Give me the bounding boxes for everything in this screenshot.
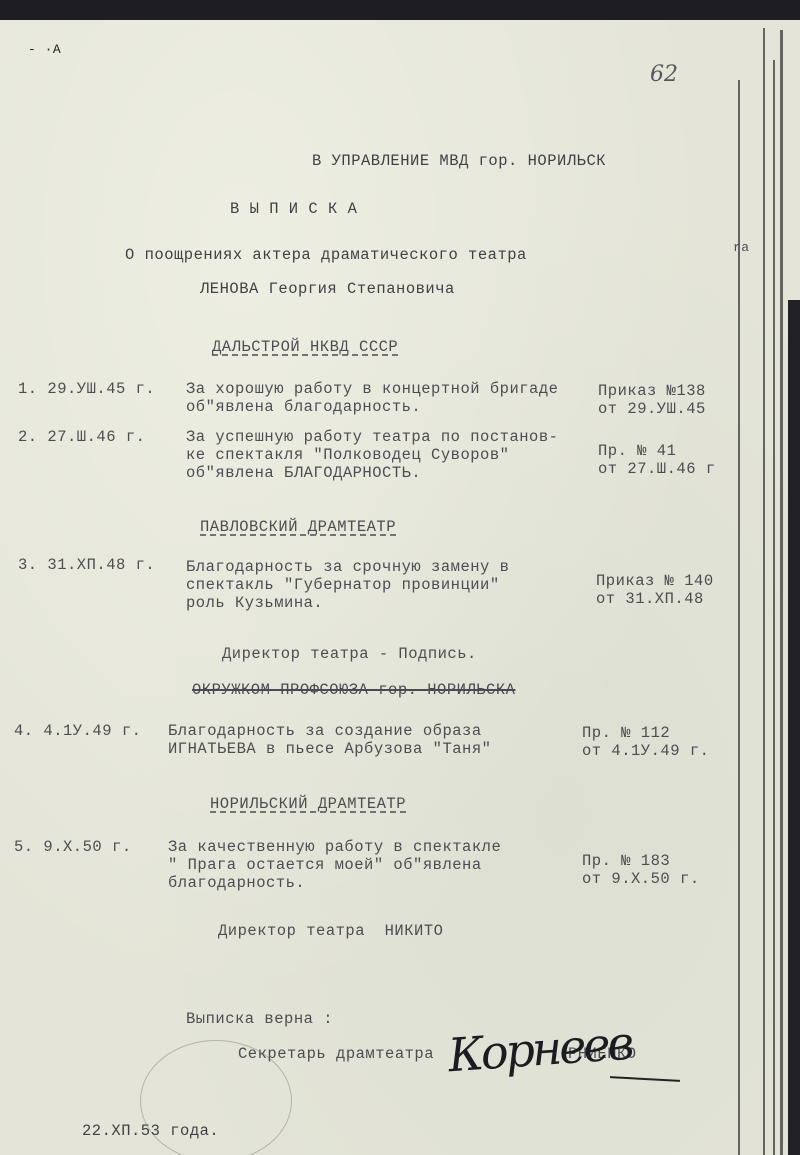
scan-border: [788, 300, 800, 1155]
entry-text-line: благодарность.: [168, 874, 305, 892]
entry-text-line: За успешную работу театра по постанов-: [186, 428, 558, 446]
entry-date: 1. 29.УШ.45 г.: [18, 380, 155, 398]
entry-text-line: За хорошую работу в концертной бригаде: [186, 380, 558, 398]
section-heading: ДАЛЬСТРОЙ НКВД СССР: [212, 338, 398, 356]
entry-text-line: ИГНАТЬЕВА в пьесе Арбузова "Таня": [168, 740, 491, 758]
director-signoff: Директор театра - Подпись.: [222, 645, 477, 663]
entry-text-line: об"явлена благодарность.: [186, 398, 421, 416]
document-date: 22.ХП.53 года.: [82, 1122, 219, 1140]
certification-label: Выписка верна :: [186, 1010, 333, 1028]
order-number: Пр. № 112: [582, 724, 670, 742]
order-date: от 4.1У.49 г.: [582, 742, 709, 760]
order-number: Пр. № 41: [598, 442, 676, 460]
order-date: от 27.Ш.46 г: [598, 460, 716, 478]
entry-date: 3. 31.ХП.48 г.: [18, 556, 155, 574]
document-title: В Ы П И С К А: [230, 200, 357, 218]
page-edge-line: [773, 60, 775, 1155]
page-edge-line: [763, 28, 765, 1155]
order-date: от 31.ХП.48: [596, 590, 704, 608]
addressee: В УПРАВЛЕНИЕ МВД гор. НОРИЛЬСК: [312, 152, 606, 170]
entry-text-line: роль Кузьмина.: [186, 594, 323, 612]
section-heading: НОРИЛЬСКИЙ ДРАМТЕАТР: [210, 795, 406, 813]
person-name: ЛЕНОВА Георгия Степановича: [200, 280, 455, 298]
entry-date: 5. 9.Х.50 г.: [14, 838, 132, 856]
entry-text-line: об"явлена БЛАГОДАРНОСТЬ.: [186, 464, 421, 482]
entry-text-line: " Прага остается моей" об"явлена: [168, 856, 482, 874]
entry-text-line: Благодарность за срочную замену в: [186, 558, 509, 576]
order-number: Приказ № 140: [596, 572, 714, 590]
entry-date: 4. 4.1У.49 г.: [14, 722, 141, 740]
margin-mark: - ·А: [28, 42, 61, 57]
order-date: от 29.УШ.45: [598, 400, 706, 418]
director-signoff: Директор театра НИКИТО: [218, 922, 443, 940]
entry-text-line: За качественную работу в спектакле: [168, 838, 501, 856]
section-heading: ПАВЛОВСКИЙ ДРАМТЕАТР: [200, 518, 396, 536]
entry-text-line: спектакль "Губернатор провинции": [186, 576, 500, 594]
page-number: 62: [650, 62, 678, 87]
document-subtitle: О поощрениях актера драматического театр…: [125, 246, 527, 264]
entry-text-line: Благодарность за создание образа: [168, 722, 482, 740]
entry-text-line: ке спектакля "Полководец Суворов": [186, 446, 509, 464]
section-heading-struck: ОКРУЖКОМ ПРОФСОЮЗА гор. НОРИЛЬСКА: [192, 681, 515, 699]
entry-date: 2. 27.Ш.46 г.: [18, 428, 145, 446]
edge-fragment: ra: [733, 240, 750, 255]
page-edge-line: [780, 30, 783, 1155]
order-number: Пр. № 183: [582, 852, 670, 870]
order-date: от 9.Х.50 г.: [582, 870, 700, 888]
order-number: Приказ №138: [598, 382, 706, 400]
